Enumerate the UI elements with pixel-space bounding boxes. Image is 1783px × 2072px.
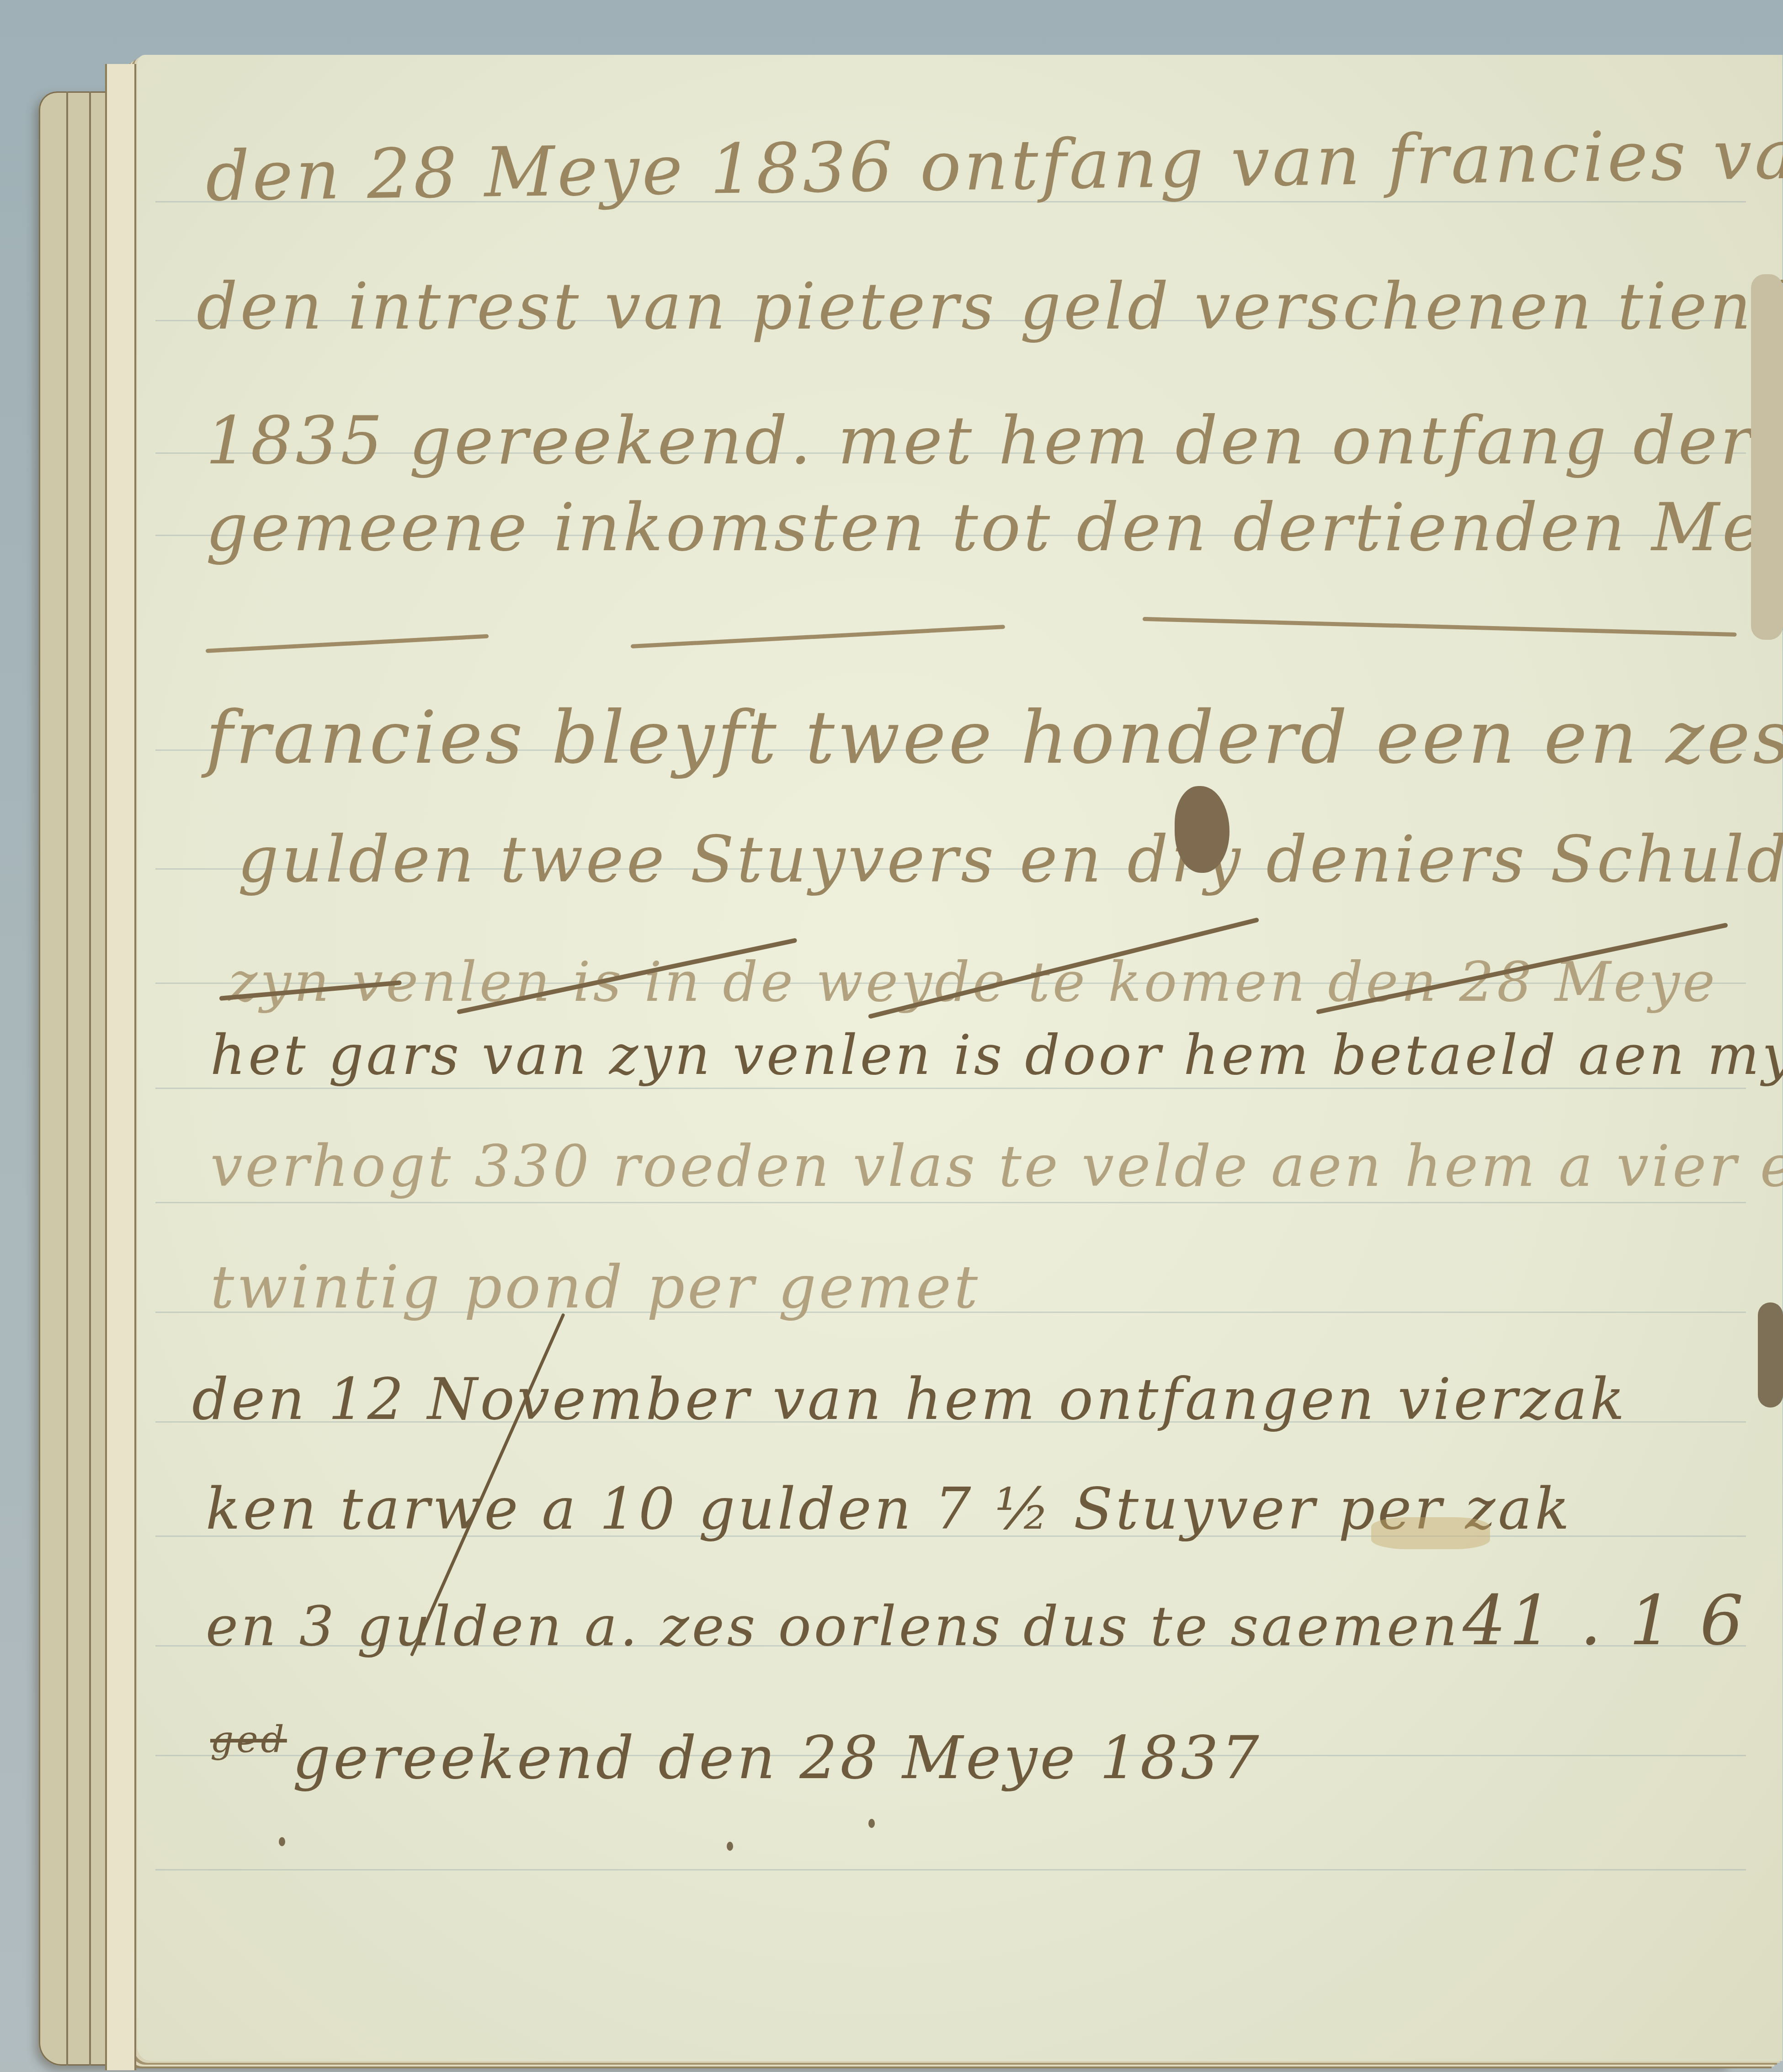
ruled-line [155,1869,1746,1870]
entry3-amount: 41 . 1 6 [1463,1581,1746,1661]
entry1-line4: gemeene inkomsten tot den dertienden Mey… [206,489,1783,566]
separator-flourish [631,625,1005,648]
entry3-line2: ken tarwe a 10 gulden 7 ½ Stuyver per za… [206,1476,1572,1542]
stain [1371,1517,1490,1549]
entry2-line1: francies bleyft twee honderd een en zest… [206,695,1783,780]
ink-speck [868,1819,875,1828]
entry3-line4: gereekend den 28 Meye 1837 [293,1723,1262,1792]
ruled-line [155,1202,1746,1203]
ink-speck [279,1837,285,1846]
ruled-line [155,1088,1746,1089]
entry1-line3: 1835 gereekend. met hem den ontfang der [206,402,1755,479]
ink-blot [1175,786,1229,873]
notebook: den 28 Meye 1836 ontfang van francies va… [0,0,1783,2072]
entry2-line5: twintig pond per gemet [210,1252,980,1322]
entry2-line2: gulden twee Stuyvers en dry deniers Schu… [238,823,1783,897]
separator-flourish [1143,617,1737,637]
entry2-line3: het gars van zyn venlen is door hem beta… [210,1024,1783,1087]
ink-speck [727,1842,733,1851]
entry3-struck-word: ged [210,1718,287,1761]
binding-thread [1758,1302,1783,1408]
entry2-line4: verhogt 330 roeden vlas te velde aen hem… [210,1133,1783,1200]
notebook-page: den 28 Meye 1836 ontfang van francies va… [137,55,1783,2061]
entry1-line2: den intrest van pieters geld verschenen … [197,270,1783,344]
binding-thread [1751,274,1783,640]
entry3-line3: en 3 gulden a. zes oorlens dus te saemen [206,1595,1460,1658]
page-stack-edge [105,64,136,2070]
page-edge [66,91,68,2066]
page-edge [89,91,91,2066]
separator-flourish [206,634,489,653]
entry3-line1: den 12 November van hem ontfangen vierza… [192,1366,1627,1433]
